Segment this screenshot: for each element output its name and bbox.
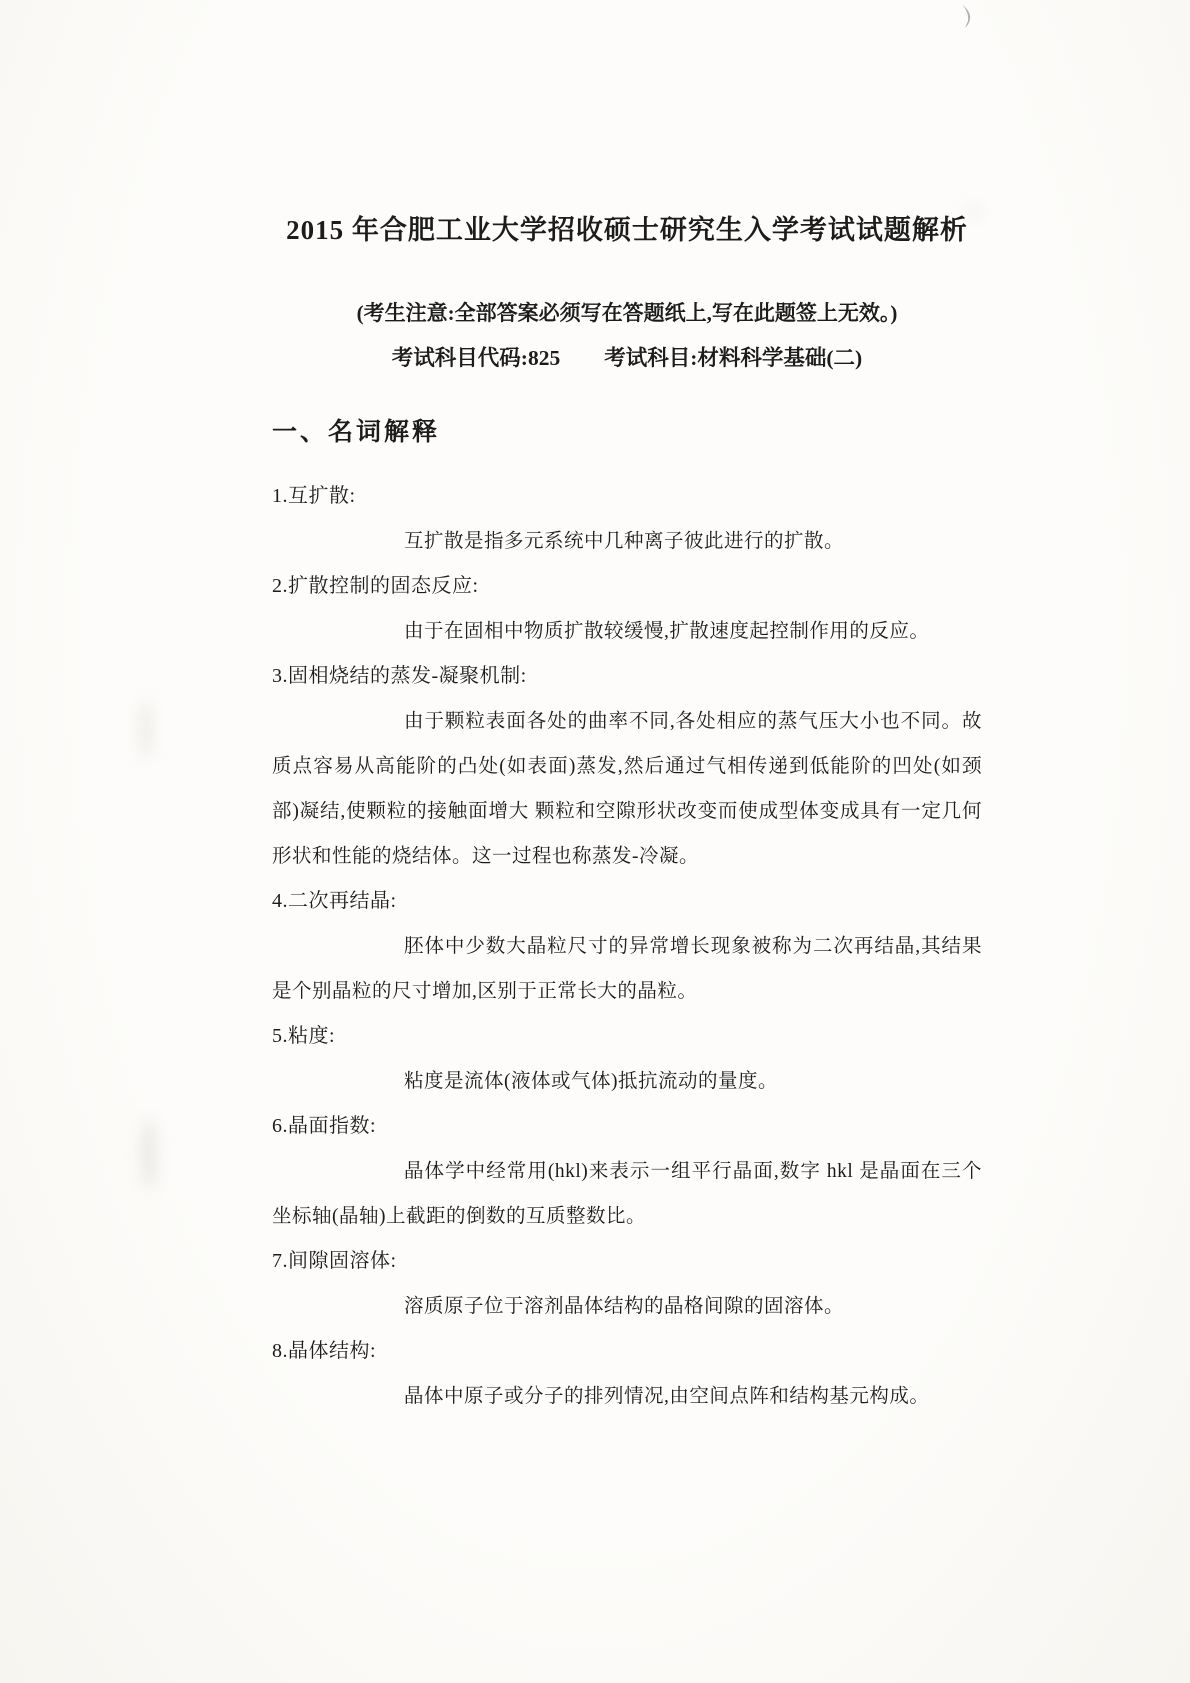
subject-line: 考试科目代码:825考试科目:材料科学基础(二) <box>272 341 982 372</box>
definition-item: 2.扩散控制的固态反应: 由于在固相中物质扩散较缓慢,扩散速度起控制作用的反应。 <box>272 564 982 654</box>
term-label: 1.互扩散: <box>272 474 982 519</box>
term-answer: 互扩散是指多元系统中几种离子彼此进行的扩散。 <box>272 519 982 564</box>
definition-item: 7.间隙固溶体: 溶质原子位于溶剂晶体结构的晶格间隙的固溶体。 <box>272 1239 982 1329</box>
definition-item: 6.晶面指数: 晶体学中经常用(hkl)来表示一组平行晶面,数字 hkl 是晶面… <box>272 1104 982 1239</box>
term-answer: 由于在固相中物质扩散较缓慢,扩散速度起控制作用的反应。 <box>272 609 982 654</box>
scan-smudge <box>138 700 154 760</box>
page-title: 2015 年合肥工业大学招收硕士研究生入学考试试题解析 <box>272 208 982 247</box>
subject-name: 考试科目:材料科学基础(二) <box>604 346 862 370</box>
document-body: 2015 年合肥工业大学招收硕士研究生入学考试试题解析 (考生注意:全部答案必须… <box>272 208 982 1419</box>
definition-item: 3.固相烧结的蒸发-凝聚机制: 由于颗粒表面各处的曲率不同,各处相应的蒸气压大小… <box>272 654 982 879</box>
pen-scan-mark <box>958 3 976 29</box>
candidate-notice: (考生注意:全部答案必须写在答题纸上,写在此题签上无效。) <box>272 297 982 327</box>
term-answer: 由于颗粒表面各处的曲率不同,各处相应的蒸气压大小也不同。故质点容易从高能阶的凸处… <box>272 699 982 879</box>
scan-smudge <box>140 1118 158 1190</box>
definition-item: 5.粘度: 粘度是流体(液体或气体)抵抗流动的量度。 <box>272 1014 982 1104</box>
term-answer: 晶体中原子或分子的排列情况,由空间点阵和结构基元构成。 <box>272 1374 982 1419</box>
section-heading-definitions: 一、名词解释 <box>272 412 982 448</box>
term-label: 7.间隙固溶体: <box>272 1239 982 1284</box>
term-answer: 胚体中少数大晶粒尺寸的异常增长现象被称为二次再结晶,其结果是个别晶粒的尺寸增加,… <box>272 924 982 1014</box>
subject-code: 考试科目代码:825 <box>392 346 560 370</box>
term-answer: 溶质原子位于溶剂晶体结构的晶格间隙的固溶体。 <box>272 1284 982 1329</box>
term-label: 8.晶体结构: <box>272 1329 982 1374</box>
term-answer: 晶体学中经常用(hkl)来表示一组平行晶面,数字 hkl 是晶面在三个坐标轴(晶… <box>272 1149 982 1239</box>
exam-paper-page: 2015 年合肥工业大学招收硕士研究生入学考试试题解析 (考生注意:全部答案必须… <box>0 0 1190 1683</box>
term-label: 5.粘度: <box>272 1014 982 1059</box>
term-answer: 粘度是流体(液体或气体)抵抗流动的量度。 <box>272 1059 982 1104</box>
definition-item: 4.二次再结晶: 胚体中少数大晶粒尺寸的异常增长现象被称为二次再结晶,其结果是个… <box>272 879 982 1014</box>
term-label: 4.二次再结晶: <box>272 879 982 924</box>
term-label: 6.晶面指数: <box>272 1104 982 1149</box>
term-label: 3.固相烧结的蒸发-凝聚机制: <box>272 654 982 699</box>
definition-item: 1.互扩散: 互扩散是指多元系统中几种离子彼此进行的扩散。 <box>272 474 982 564</box>
term-label: 2.扩散控制的固态反应: <box>272 564 982 609</box>
definition-item: 8.晶体结构: 晶体中原子或分子的排列情况,由空间点阵和结构基元构成。 <box>272 1329 982 1419</box>
